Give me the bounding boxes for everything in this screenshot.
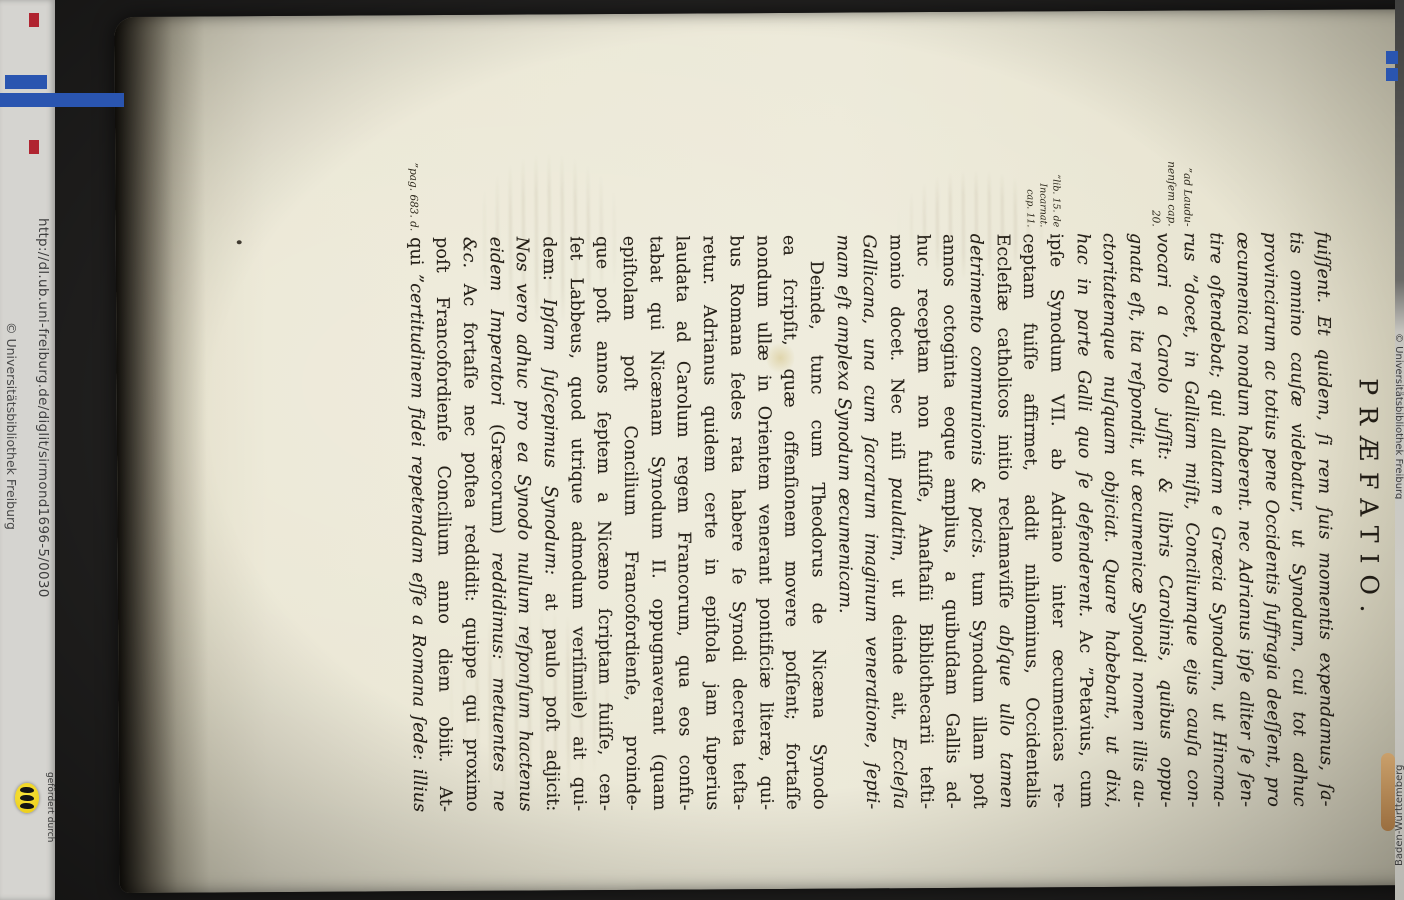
page-content-rotated: PRÆFATIO. fuiſſent. Et quidem, ſi rem ſu… bbox=[114, 9, 1404, 893]
show-through-spot bbox=[893, 168, 1056, 281]
margin-note: ”ad Laudu-nenſem cap.20. bbox=[1147, 114, 1196, 226]
show-through-spot bbox=[468, 151, 629, 327]
scanner-right-strip: © Universitätsbibliothek Freiburg Baden-… bbox=[1395, 0, 1404, 900]
body-line: retur. Adrianus quidem certe in epiſtola… bbox=[695, 235, 725, 810]
body-line: ctoritatemque nuſquam objiciat. Quare ha… bbox=[1095, 233, 1125, 808]
registration-blue-mark-right-bottom bbox=[1386, 68, 1398, 81]
body-line: provinciarum ac totius pene Occidentis ſ… bbox=[1256, 232, 1286, 807]
body-line: bus Romana ſedes rata habere ſe Synodi d… bbox=[722, 235, 752, 810]
body-line: ipſe Synodum VII. ab Adriano inter œcume… bbox=[1042, 233, 1072, 808]
body-line: tis omnino cauſæ videbatur, ut Synodum, … bbox=[1282, 232, 1312, 807]
body-line: mam eſt amplexa Synodum œcumenicam. bbox=[829, 235, 859, 810]
body-line: fuiſſent. Et quidem, ſi rem ſuis momenti… bbox=[1309, 232, 1339, 807]
book-edge-blob bbox=[1381, 753, 1395, 831]
body-line: tire oſtendebat; qui allatam e Græcia Sy… bbox=[1202, 232, 1232, 807]
body-line: annos octoginta eoque amplius, a quibuſd… bbox=[935, 234, 965, 809]
body-line: monio docet. Nec niſi paulatim, ut deind… bbox=[882, 234, 912, 809]
registration-blue-bar-short bbox=[5, 75, 47, 89]
body-line: Deinde, tunc cum Theodorus de Nicæna Syn… bbox=[802, 235, 832, 810]
body-line: huc receptam non fuiſſe, Anaſtaſii Bibli… bbox=[909, 234, 939, 809]
body-line: qui ”certitudinem fidei repetendam eſſe … bbox=[402, 237, 432, 812]
scanner-left-strip: http://dl.ub.uni-freiburg.de/diglit/sirm… bbox=[0, 0, 55, 900]
body-line: laudata ad Carolum regem Francorum, qua … bbox=[668, 235, 698, 810]
body-line: ea ſcripſit, quæ offenſionem movere poſſ… bbox=[775, 235, 805, 810]
body-line: œcumenica nondum haberent. nec Adrianus … bbox=[1229, 232, 1259, 807]
source-url-watermark: http://dl.ub.uni-freiburg.de/diglit/sirm… bbox=[35, 218, 51, 598]
body-line: nondum ullæ in Orientem venerant pontifi… bbox=[749, 235, 779, 810]
funding-label: gefördert durch bbox=[45, 772, 55, 842]
body-line: Eccleſiæ catholicos initio reclamaviſſe … bbox=[989, 234, 1019, 809]
registration-blue-mark-right-top bbox=[1386, 51, 1398, 64]
show-through-spot bbox=[441, 604, 622, 805]
body-line: ceptam fuiſſe affirmet, addit nihilominu… bbox=[1015, 233, 1045, 808]
body-line: hac in parte Galli quo ſe defenderent. A… bbox=[1069, 233, 1099, 808]
lion-icon bbox=[20, 795, 34, 801]
margin-note: ”pag. 683. d. bbox=[405, 119, 422, 231]
body-line: rus ”docet, in Galliam miſit, Conciliumq… bbox=[1176, 232, 1206, 807]
lion-icon bbox=[20, 803, 34, 809]
copyright-watermark: © Universitätsbibliothek Freiburg bbox=[4, 322, 19, 530]
scan-photo-area: PRÆFATIO. fuiſſent. Et quidem, ſi rem ſu… bbox=[55, 0, 1404, 900]
registration-red-mark-top bbox=[29, 13, 39, 27]
right-region-watermark: Baden-Württemberg bbox=[1395, 764, 1404, 866]
body-line: gnata eſt, ita reſpondit, ut œcumenicæ S… bbox=[1122, 233, 1152, 808]
body-line: detrimento communionis & pacis. tum Syno… bbox=[962, 234, 992, 809]
body-line: vocari a Carolo juſſit: & libris Carolin… bbox=[1149, 233, 1179, 808]
scan-viewer: PRÆFATIO. fuiſſent. Et quidem, ſi rem ſu… bbox=[0, 0, 1404, 900]
book-page: PRÆFATIO. fuiſſent. Et quidem, ſi rem ſu… bbox=[114, 9, 1404, 893]
body-line: tabat qui Nicænam Synodum II. oppugnaver… bbox=[642, 236, 672, 811]
ink-speck bbox=[237, 240, 242, 244]
registration-blue-bar-long bbox=[0, 93, 124, 107]
right-copyright-watermark: © Universitätsbibliothek Freiburg bbox=[1395, 333, 1404, 499]
lion-icon bbox=[20, 787, 34, 793]
baden-wuerttemberg-logo bbox=[15, 783, 39, 813]
body-line: Gallicana, una cum ſacrarum imaginum ven… bbox=[855, 234, 885, 809]
paper-stain bbox=[766, 341, 794, 375]
registration-red-mark-bottom bbox=[29, 140, 39, 154]
